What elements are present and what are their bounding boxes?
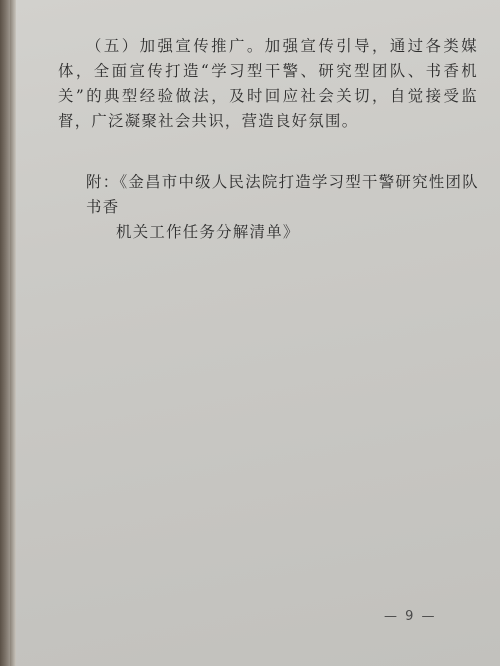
attachment-prefix: 附： bbox=[86, 173, 119, 191]
page-number: — 9 — bbox=[384, 609, 437, 624]
paragraph-heading: （五）加强宣传推广。 bbox=[86, 37, 265, 55]
attachment-title-line1: 《金昌市中级人民法院打造学习型干警研究性团队书香 bbox=[86, 173, 479, 216]
attachment-title-line2: 机关工作任务分解清单》 bbox=[86, 220, 486, 245]
document-page: （五）加强宣传推广。加强宣传引导，通过各类媒体，全面宣传打造“学习型干警、研究型… bbox=[16, 0, 500, 666]
attachment-note: 附：《金昌市中级人民法院打造学习型干警研究性团队书香 机关工作任务分解清单》 bbox=[86, 170, 486, 245]
paragraph-publicity: （五）加强宣传推广。加强宣传引导，通过各类媒体，全面宣传打造“学习型干警、研究型… bbox=[58, 34, 478, 134]
